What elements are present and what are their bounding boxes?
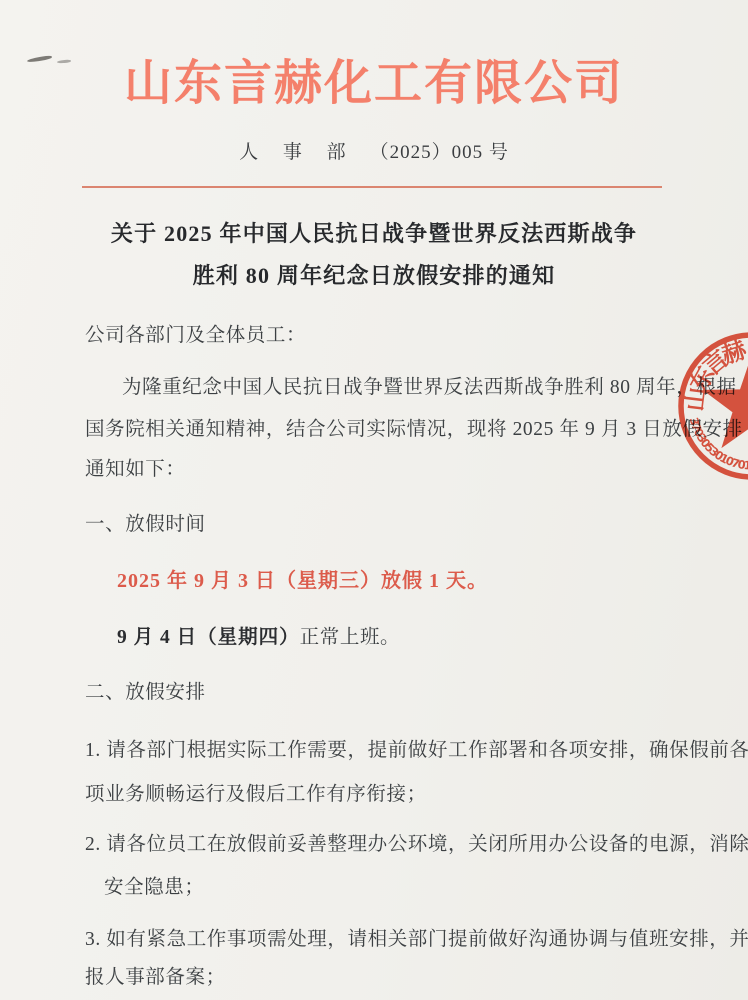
- document-page: 山东言赫化工有限公司 人 事 部（2025）005 号 关于 2025 年中国人…: [0, 0, 748, 1000]
- section-1-heading: 一、放假时间: [85, 508, 206, 536]
- company-name: 山东言赫化工有限公司: [0, 44, 748, 113]
- doc-number-line: 人 事 部（2025）005 号: [0, 137, 748, 164]
- intro-line-3: 通知如下：: [85, 453, 186, 481]
- subject-line-1: 关于 2025 年中国人民抗日战争暨世界反法西斯战争: [0, 217, 748, 248]
- workday-line: 9 月 4 日（星期四）正常上班。: [117, 621, 400, 649]
- svg-text:1: 1: [743, 458, 748, 473]
- header-divider: [82, 186, 662, 188]
- holiday-date-line: 2025 年 9 月 3 日（星期三）放假 1 天。: [117, 564, 488, 593]
- intro-line-2: 国务院相关通知精神，结合公司实际情况，现将 2025 年 9 月 3 日放假安排: [85, 413, 743, 441]
- doc-number: （2025）005 号: [370, 142, 509, 163]
- department-name: 人 事 部: [239, 142, 356, 163]
- arrangement-item-2-line-1: 2. 请各位员工在放假前妥善整理办公环境，关闭所用办公设备的电源，消除: [85, 828, 748, 856]
- section-2-heading: 二、放假安排: [85, 676, 206, 704]
- arrangement-item-2-line-2: 安全隐患；: [104, 871, 205, 899]
- workday-date: 9 月 4 日（星期四）: [117, 627, 300, 648]
- arrangement-item-3-line-1: 3. 如有紧急工作事项需处理，请相关部门提前做好沟通协调与值班安排，并: [85, 923, 748, 951]
- arrangement-item-1-line-1: 1. 请各部门根据实际工作需要，提前做好工作部署和各项安排，确保假前各: [85, 734, 748, 762]
- arrangement-item-1-line-2: 项业务顺畅运行及假后工作有序衔接；: [85, 778, 427, 806]
- workday-note: 正常上班。: [300, 627, 401, 648]
- intro-line-1: 为隆重纪念中国人民抗日战争暨世界反法西斯战争胜利 80 周年，根据: [122, 371, 737, 399]
- salutation: 公司各部门及全体员工：: [85, 319, 306, 347]
- official-seal: 山东言赫3703053010701: [666, 320, 748, 492]
- arrangement-item-3-line-2: 报人事部备案；: [85, 961, 226, 989]
- subject-line-2: 胜利 80 周年纪念日放假安排的通知: [0, 259, 748, 290]
